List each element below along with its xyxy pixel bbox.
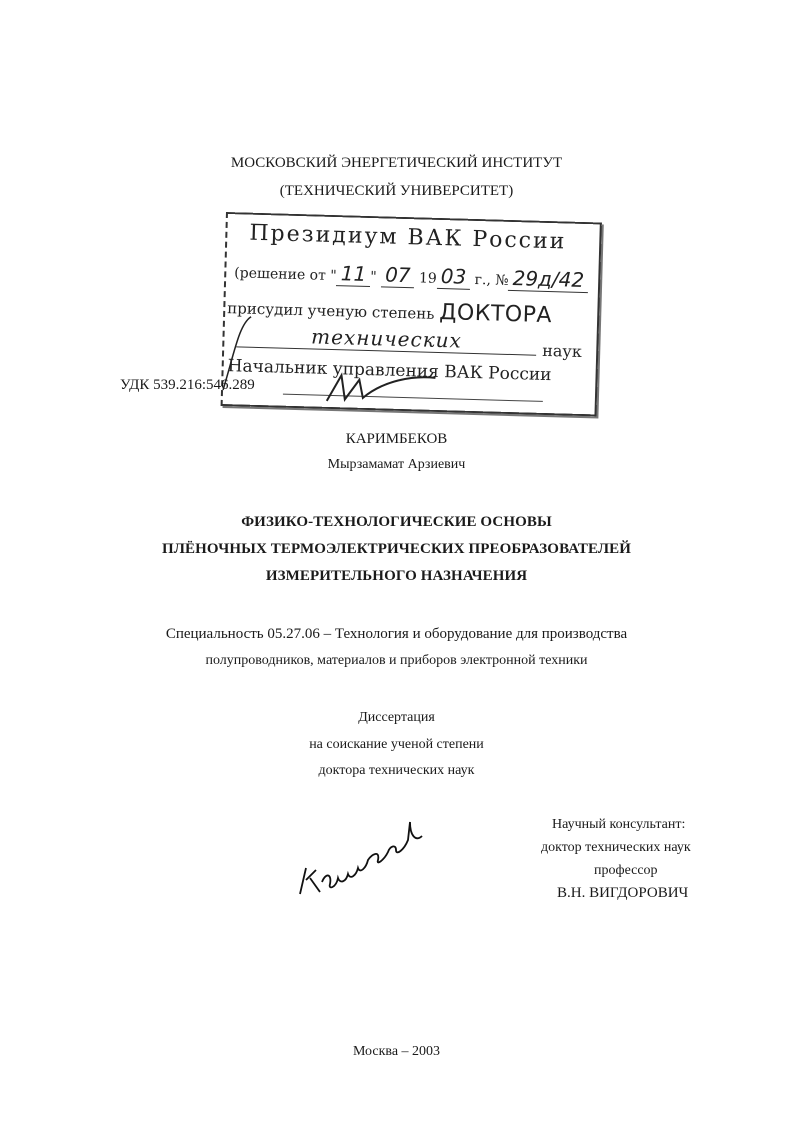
stamp-number: 29д/42: [508, 266, 588, 293]
author-signature-icon: [292, 810, 432, 900]
stamp-field: технических: [236, 322, 537, 355]
stamp-signature-icon: [323, 367, 444, 410]
institution-name: МОСКОВСКИЙ ЭНЕРГЕТИЧЕСКИЙ ИНСТИТУТ: [0, 155, 793, 172]
dissertation-degree-line: на соискание ученой степени: [0, 737, 793, 753]
stamp-sciences: наук: [542, 341, 582, 361]
title-line-3: ИЗМЕРИТЕЛЬНОГО НАЗНАЧЕНИЯ: [0, 568, 793, 585]
vak-stamp: Президиум ВАК России (решение от "11" 07…: [221, 212, 602, 416]
consultant-degree: доктор технических наук: [541, 840, 691, 856]
specialty-line-2: полупроводников, материалов и приборов э…: [0, 653, 793, 669]
place-year: Москва – 2003: [0, 1044, 793, 1060]
consultant-name: В.Н. ВИГДОРОВИЧ: [557, 885, 688, 902]
institution-subtitle: (ТЕХНИЧЕСКИЙ УНИВЕРСИТЕТ): [0, 183, 793, 200]
stamp-year-suffix: г., №: [474, 272, 508, 289]
dissertation-field-line: доктора технических наук: [0, 763, 793, 779]
title-line-1: ФИЗИКО-ТЕХНОЛОГИЧЕСКИЕ ОСНОВЫ: [0, 514, 793, 531]
stamp-decision: (решение от "11" 07 1903 г., №29д/42: [234, 258, 588, 292]
stamp-month: 07: [381, 262, 415, 288]
udc-code: УДК 539.216:546.289: [120, 377, 255, 394]
stamp-title: Президиум ВАК России: [249, 221, 567, 255]
specialty-line-1: Специальность 05.27.06 – Технология и об…: [0, 626, 793, 643]
stamp-day: 11: [336, 261, 370, 287]
dissertation-label: Диссертация: [0, 710, 793, 726]
consultant-rank: профессор: [594, 863, 658, 879]
author-given-names: Мырзамамат Арзиевич: [0, 457, 793, 473]
stamp-decision-prefix: (решение от ": [234, 265, 337, 284]
stamp-year: 03: [436, 264, 470, 290]
stamp-year-prefix: 19: [419, 270, 437, 286]
consultant-label: Научный консультант:: [552, 817, 685, 833]
title-line-2: ПЛЁНОЧНЫХ ТЕРМОЭЛЕКТРИЧЕСКИХ ПРЕОБРАЗОВА…: [0, 541, 793, 558]
author-surname: КАРИМБЕКОВ: [0, 431, 793, 448]
stamp-degree: ДОКТОРА: [439, 300, 552, 328]
